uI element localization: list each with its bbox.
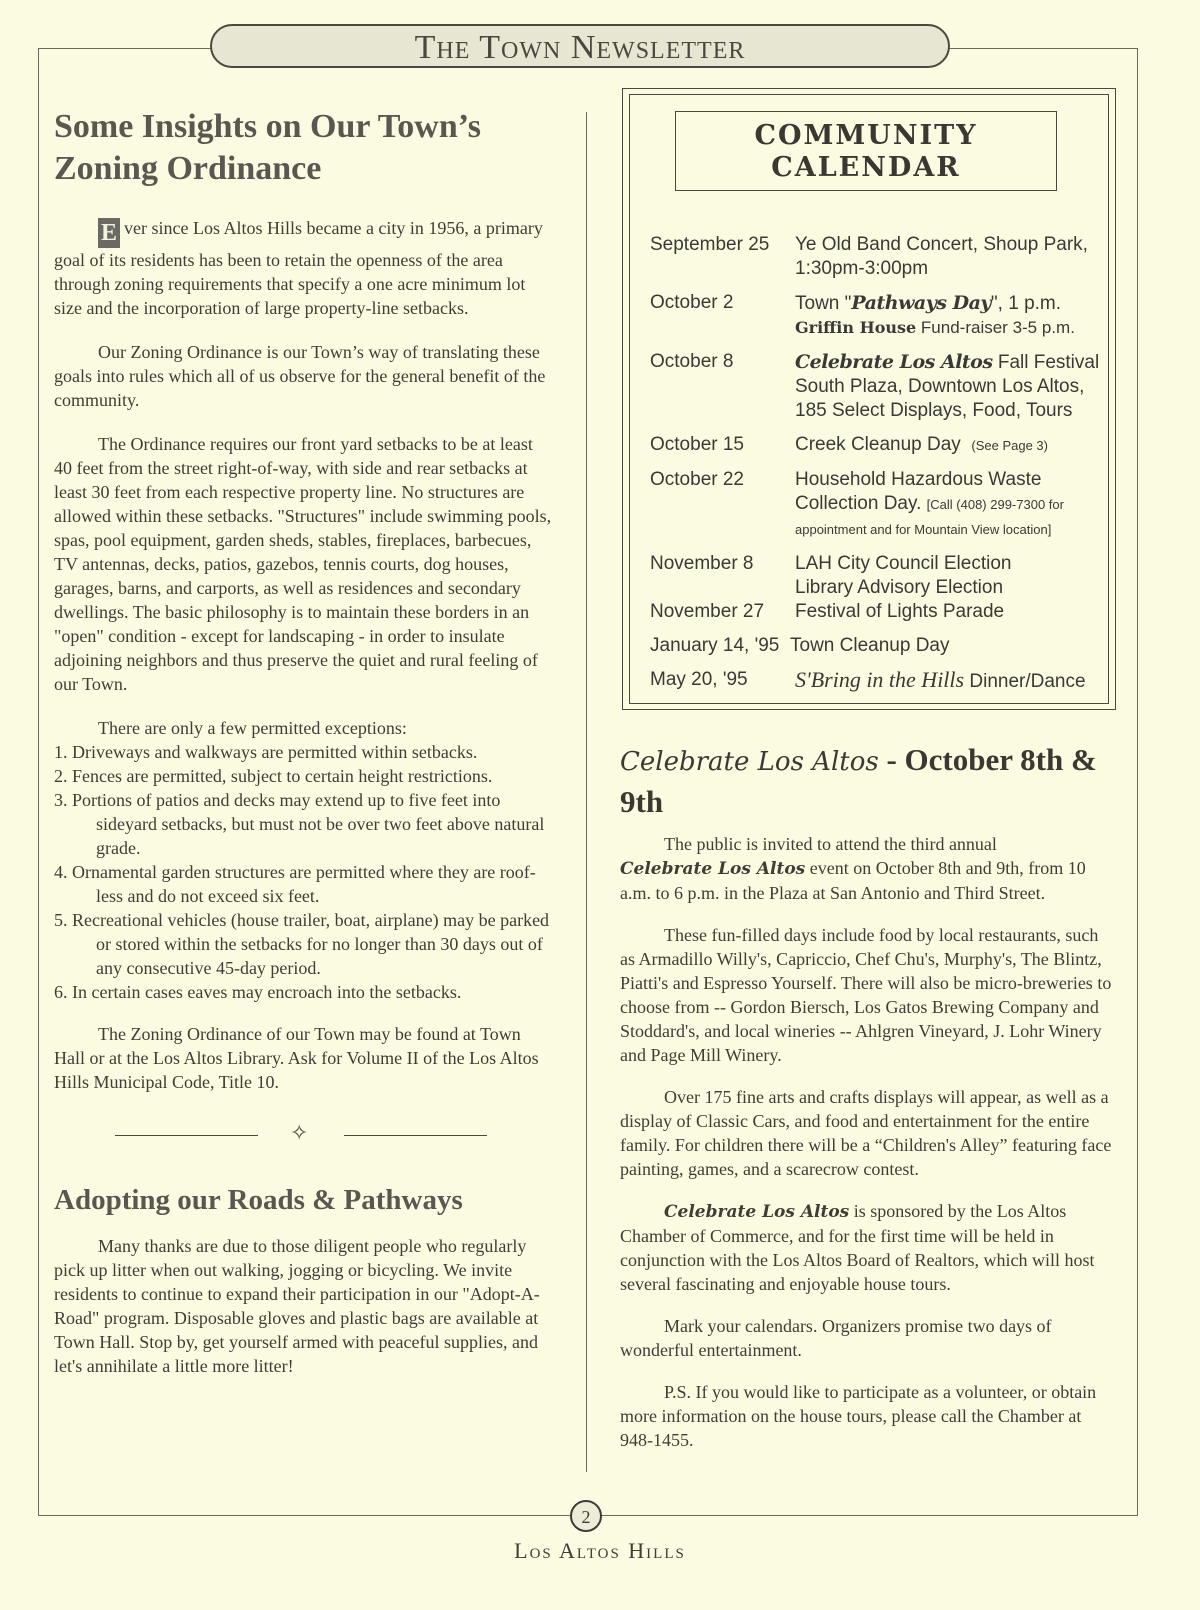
divider-line [344, 1135, 487, 1136]
zoning-article-title: Some Insights on Our Town’s Zoning Ordin… [54, 106, 554, 190]
community-calendar-box: COMMUNITY CALENDAR September 25 Ye Old B… [622, 88, 1116, 710]
celebrate-article: Celebrate Los Altos - October 8th & 9th … [620, 740, 1114, 1452]
celebrate-paragraph-6: P.S. If you would like to participate as… [620, 1380, 1114, 1452]
celebrate-article-title: Celebrate Los Altos - October 8th & 9th [620, 740, 1114, 822]
divider-line [115, 1135, 258, 1136]
calendar-event: October 15 Creek Cleanup Day (See Page 3… [650, 433, 1110, 458]
calendar-title: COMMUNITY CALENDAR [675, 111, 1057, 191]
masthead-banner: The Town Newsletter [210, 24, 950, 68]
calendar-event: November 27 Festival of Lights Parade [650, 600, 1110, 624]
list-item: 3. Portions of patios and decks may exte… [54, 788, 554, 860]
calendar-event: October 22 Household Hazardous Waste Col… [650, 468, 1110, 542]
publication-footer: Los Altos Hills [0, 1538, 1200, 1564]
calendar-event: January 14, '95 Town Cleanup Day [650, 634, 1110, 658]
calendar-event: October 8 Celebrate Los Altos Fall Festi… [650, 350, 1110, 423]
zoning-paragraph-5: The Zoning Ordinance of our Town may be … [54, 1022, 554, 1094]
zoning-paragraph-2: Our Zoning Ordinance is our Town’s way o… [54, 340, 554, 412]
zoning-paragraph-4: There are only a few permitted exception… [54, 716, 554, 740]
celebrate-paragraph-2: These fun-filled days include food by lo… [620, 923, 1114, 1067]
celebrate-paragraph-3: Over 175 fine arts and crafts displays w… [620, 1085, 1114, 1181]
calendar-events: September 25 Ye Old Band Concert, Shoup … [650, 233, 1110, 704]
calendar-event: October 2 Town "Pathways Day", 1 p.m. Gr… [650, 291, 1110, 340]
celebrate-paragraph-5: Mark your calendars. Organizers promise … [620, 1314, 1114, 1362]
column-divider [586, 112, 587, 1472]
page-number-badge: 2 [570, 1500, 602, 1532]
celebrate-paragraph-4: Celebrate Los Altos is sponsored by the … [620, 1199, 1114, 1296]
exceptions-list: 1. Driveways and walkways are permitted … [54, 740, 554, 1004]
celebrate-paragraph-1: The public is invited to attend the thir… [620, 832, 1114, 905]
newsletter-title: The Town Newsletter [415, 29, 746, 67]
list-item: 1. Driveways and walkways are permitted … [54, 740, 554, 764]
calendar-event: May 20, '95 S'Bring in the Hills Dinner/… [650, 668, 1110, 694]
left-column: Some Insights on Our Town’s Zoning Ordin… [54, 100, 554, 1378]
roads-paragraph: Many thanks are due to those diligent pe… [54, 1234, 554, 1378]
list-item: 2. Fences are permitted, subject to cert… [54, 764, 554, 788]
calendar-event: November 8 LAH City Council ElectionLibr… [650, 552, 1110, 600]
calendar-event: September 25 Ye Old Band Concert, Shoup … [650, 233, 1110, 281]
dropcap: E [98, 218, 120, 248]
section-divider: ✧ [54, 1116, 554, 1156]
list-item: 6. In certain cases eaves may encroach i… [54, 980, 554, 1004]
four-point-star-icon: ✧ [290, 1120, 308, 1146]
list-item: 4. Ornamental garden structures are perm… [54, 860, 554, 908]
roads-article-title: Adopting our Roads & Pathways [54, 1182, 554, 1218]
zoning-paragraph-3: The Ordinance requires our front yard se… [54, 432, 554, 696]
list-item: 5. Recreational vehicles (house trailer,… [54, 908, 554, 980]
zoning-paragraph-1: Ever since Los Altos Hills became a city… [54, 216, 554, 320]
